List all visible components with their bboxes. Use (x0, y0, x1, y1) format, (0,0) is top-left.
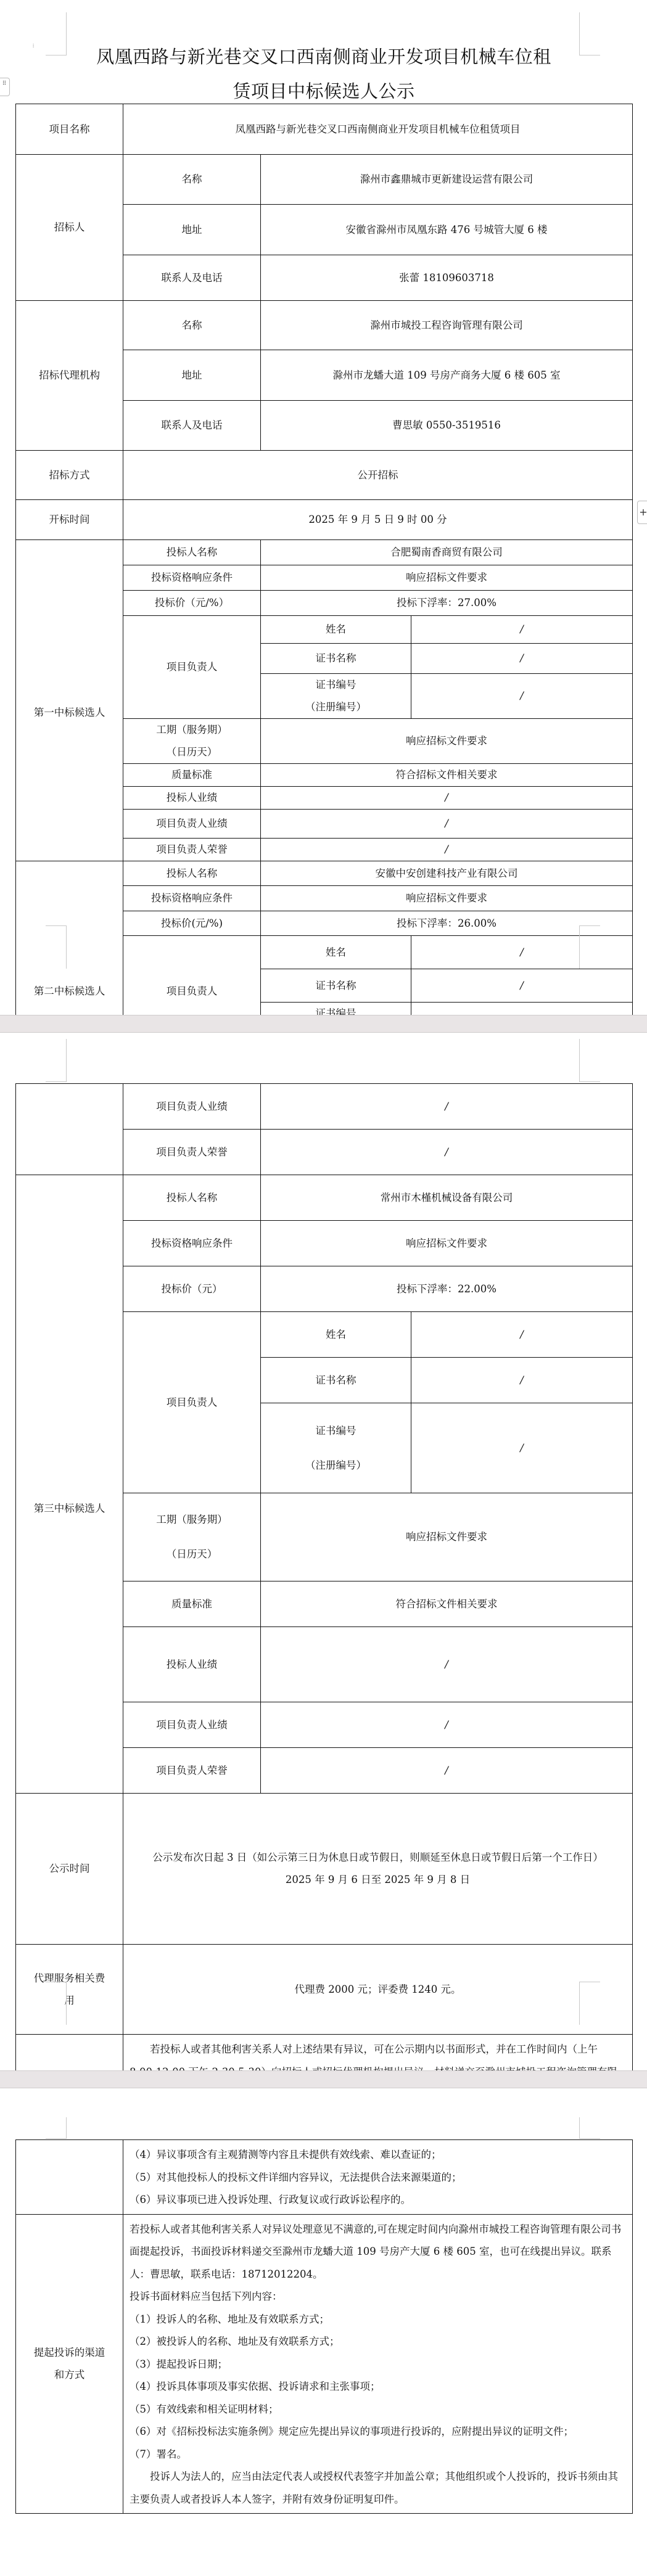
table-row: 公示时间 公示发布次日起 3 日（如公示第三日为休息日或节假日，则顺延至休息日或… (16, 1794, 633, 1945)
fee-value: 代理费 2000 元；评委费 1240 元。 (123, 1945, 633, 2035)
complaint-material-item: （4）投诉具体事项及事实依据、投诉请求和主张事项； (130, 2376, 626, 2398)
add-row-plus-icon[interactable]: + (637, 501, 647, 524)
publicity-rule: 公示发布次日起 3 日（如公示第三日为休息日或节假日，则顺延至休息日或节假日后第… (131, 1847, 625, 1869)
label-leader-perf: 项目负责人业绩 (123, 1084, 261, 1130)
complaint-label-line-1: 提起投诉的渠道 (19, 2342, 120, 2364)
candidate-1-cert-name: / (411, 644, 633, 674)
label-leader-perf: 项目负责人业绩 (123, 1702, 261, 1748)
label-agency: 招标代理机构 (16, 301, 123, 451)
label-cert-no: 证书编号 （注册编号） (261, 1403, 411, 1493)
candidate-3-label: 第三中标候选人 (16, 1175, 123, 1794)
page-title: 凤凰西路与新光巷交叉口西南侧商业开发项目机械车位租 赁项目中标候选人公示 (37, 43, 611, 105)
fee-label-line-2: 用 (19, 1990, 120, 2012)
label-contact: 联系人及电话 (123, 401, 261, 451)
fee-label-line-1: 代理服务相关费 (19, 1967, 120, 1990)
candidate-2-cert-name: / (411, 969, 633, 1003)
candidates-table-part-1: 项目名称 凤凰西路与新光巷交叉口西南侧商业开发项目机械车位租赁项目 招标人 名称… (15, 104, 633, 1141)
agency-name: 滁州市城投工程咨询管理有限公司 (261, 301, 633, 350)
complaint-intro: 若投标人或者其他利害关系人对异议处理意见不满意的,可在规定时间内向滁州市城投工程… (130, 2218, 626, 2286)
table-row: 提起投诉的渠道 和方式 若投标人或者其他利害关系人对异议处理意见不满意的,可在规… (16, 2214, 633, 2514)
complaint-material-item: （1）投诉人的名称、地址及有效联系方式； (130, 2308, 626, 2331)
candidate-3-period: 响应招标文件要求 (261, 1493, 633, 1581)
label-bidder-name: 投标人名称 (123, 540, 261, 565)
cert-no-line-1: 证书编号 (263, 1423, 408, 1439)
margin-mark (579, 1039, 600, 1082)
label-bidder-name: 投标人名称 (123, 1175, 261, 1221)
publicity-time-value: 公示发布次日起 3 日（如公示第三日为休息日或节假日，则顺延至休息日或节假日后第… (123, 1794, 633, 1945)
label-bidder-name: 投标人名称 (123, 861, 261, 886)
label-address: 地址 (123, 350, 261, 401)
label-period: 工期（服务期） （日历天） (123, 1493, 261, 1581)
margin-mark (579, 2117, 600, 2139)
label-bid-price: 投标价（元/%） (123, 591, 261, 616)
label-tenderer: 招标人 (16, 155, 123, 301)
complaint-closing: 投诉人为法人的，应当由法定代表人或授权代表签字并加盖公章；其他组织或个人投诉的，… (130, 2466, 626, 2511)
label-project-name: 项目名称 (16, 104, 123, 155)
page-separator (0, 1015, 647, 1033)
label-bidder-perf: 投标人业绩 (123, 1627, 261, 1702)
label-cert-name: 证书名称 (261, 1358, 411, 1403)
cert-no-line-2: （注册编号） (263, 1458, 408, 1474)
table-row: 招标代理机构 名称 滁州市城投工程咨询管理有限公司 (16, 301, 633, 350)
candidate-2-label-continued (16, 1084, 123, 1175)
label-leader-honor: 项目负责人荣誉 (123, 1130, 261, 1175)
objection-reject-item: （6）异议事项已进入投诉处理、行政复议或行政诉讼程序的。 (130, 2189, 626, 2212)
table-row: 招标人 名称 滁州市鑫鼎城市更新建设运营有限公司 (16, 155, 633, 205)
agency-contact: 曹思敏 0550-3519516 (261, 401, 633, 451)
label-tender-method: 招标方式 (16, 451, 123, 500)
label-publicity-time: 公示时间 (16, 1794, 123, 1945)
margin-mark (579, 1982, 600, 2025)
period-line-2: （日历天） (126, 1546, 258, 1562)
project-name-value: 凤凰西路与新光巷交叉口西南侧商业开发项目机械车位租赁项目 (123, 104, 633, 155)
candidate-2-leader-perf: / (261, 1084, 633, 1130)
table-row: 开标时间 2025 年 9 月 5 日 9 时 00 分 (16, 500, 633, 540)
label-bid-price: 投标价（元） (123, 1266, 261, 1312)
period-line-2: （日历天） (126, 744, 258, 760)
label-qualification: 投标资格响应条件 (123, 886, 261, 911)
label-name: 名称 (123, 301, 261, 350)
label-period: 工期（服务期） （日历天） (123, 719, 261, 764)
complaint-text: 若投标人或者其他利害关系人对异议处理意见不满意的,可在规定时间内向滁州市城投工程… (123, 2214, 633, 2514)
period-line-1: 工期（服务期） (126, 1512, 258, 1528)
candidate-1-label: 第一中标候选人 (16, 540, 123, 861)
label-cert-name: 证书名称 (261, 644, 411, 674)
candidate-3-quality: 符合招标文件相关要求 (261, 1581, 633, 1627)
margin-mark (46, 2117, 67, 2139)
candidate-1-leader-name: / (411, 616, 633, 644)
cert-no-line-1: 证书编号 (263, 677, 408, 693)
table-grip-icon[interactable]: ⠿ (0, 78, 10, 96)
label-qualification: 投标资格响应条件 (123, 565, 261, 591)
complaint-material-item: （3）提起投诉日期； (130, 2353, 626, 2376)
title-line-1: 凤凰西路与新光巷交叉口西南侧商业开发项目机械车位租 (37, 43, 611, 71)
page-2: 项目负责人业绩 / 项目负责人荣誉 / 第三中标候选人 投标人名称 常州市木槿机… (0, 1033, 647, 2070)
candidate-1-qualification: 响应招标文件要求 (261, 565, 633, 591)
candidate-1-period: 响应招标文件要求 (261, 719, 633, 764)
tenderer-contact: 张蕾 18109603718 (261, 255, 633, 301)
label-quality: 质量标准 (123, 1581, 261, 1627)
complaint-material-item: （5）有效线索和相关证明材料； (130, 2398, 626, 2421)
label-person-name: 姓名 (261, 1312, 411, 1358)
candidate-3-bidder-perf: / (261, 1627, 633, 1702)
label-bid-price: 投标价(元/%) (123, 911, 261, 936)
complaint-label-line-2: 和方式 (19, 2364, 120, 2386)
objection-text-continued: （4）异议事项含有主观猜测等内容且未提供有效线索、难以查证的； （5）对其他投标… (123, 2140, 633, 2215)
label-cert-no: 证书编号 （注册编号） (261, 674, 411, 719)
candidate-2-bid-price: 投标下浮率：26.00% (261, 911, 633, 936)
candidate-3-leader-honor: / (261, 1748, 633, 1794)
tenderer-name: 滁州市鑫鼎城市更新建设运营有限公司 (261, 155, 633, 205)
complaint-materials-intro: 投诉书面材料应当包括下列内容： (130, 2286, 626, 2308)
candidate-1-leader-honor: / (261, 839, 633, 861)
objection-complaint-table: （4）异议事项含有主观猜测等内容且未提供有效线索、难以查证的； （5）对其他投标… (15, 2139, 633, 2514)
objection-reject-item: （4）异议事项含有主观猜测等内容且未提供有效线索、难以查证的； (130, 2144, 626, 2167)
table-row: 代理服务相关费 用 代理费 2000 元；评委费 1240 元。 (16, 1945, 633, 2035)
title-line-2: 赁项目中标候选人公示 (37, 77, 611, 105)
candidate-1-cert-no: / (411, 674, 633, 719)
label-address: 地址 (123, 205, 261, 255)
margin-mark (46, 925, 67, 969)
tenderer-address: 安徽省滁州市凤凰东路 476 号城管大厦 6 楼 (261, 205, 633, 255)
cert-no-line-2: （注册编号） (263, 699, 408, 715)
candidate-1-quality: 符合招标文件相关要求 (261, 764, 633, 787)
candidate-3-qualification: 响应招标文件要求 (261, 1221, 633, 1266)
label-leader-perf: 项目负责人业绩 (123, 810, 261, 839)
candidate-2-bidder-name: 安徽中安创建科技产业有限公司 (261, 861, 633, 886)
candidate-1-bidder-perf: / (261, 787, 633, 810)
candidate-2-leader-honor: / (261, 1130, 633, 1175)
label-project-leader: 项目负责人 (123, 1312, 261, 1493)
candidate-1-bidder-name: 合肥蜀南香商贸有限公司 (261, 540, 633, 565)
candidate-1-leader-perf: / (261, 810, 633, 839)
open-time-value: 2025 年 9 月 5 日 9 时 00 分 (123, 500, 633, 540)
label-open-time: 开标时间 (16, 500, 123, 540)
candidate-1-bid-price: 投标下浮率：27.00% (261, 591, 633, 616)
candidate-3-bid-price: 投标下浮率：22.00% (261, 1266, 633, 1312)
table-row: 招标方式 公开招标 (16, 451, 633, 500)
label-leader-honor: 项目负责人荣誉 (123, 839, 261, 861)
candidate-3-bidder-name: 常州市木槿机械设备有限公司 (261, 1175, 633, 1221)
tender-method-value: 公开招标 (123, 451, 633, 500)
label-person-name: 姓名 (261, 616, 411, 644)
margin-mark (579, 925, 600, 969)
table-row: 项目负责人业绩 / (16, 1084, 633, 1130)
label-complaint-channel: 提起投诉的渠道 和方式 (16, 2214, 123, 2514)
period-line-1: 工期（服务期） (126, 722, 258, 738)
label-fee: 代理服务相关费 用 (16, 1945, 123, 2035)
label-quality: 质量标准 (123, 764, 261, 787)
candidate-3-cert-no: / (411, 1403, 633, 1493)
objection-reject-item: （5）对其他投标人的投标文件详细内容异议，无法提供合法来源渠道的； (130, 2167, 626, 2189)
table-row: 第二中标候选人 投标人名称 安徽中安创建科技产业有限公司 (16, 861, 633, 886)
label-leader-honor: 项目负责人荣誉 (123, 1748, 261, 1794)
label-bidder-perf: 投标人业绩 (123, 787, 261, 810)
label-qualification: 投标资格响应条件 (123, 1221, 261, 1266)
complaint-material-item: （7）署名。 (130, 2443, 626, 2466)
candidate-3-leader-perf: / (261, 1702, 633, 1748)
candidate-3-leader-name: / (411, 1312, 633, 1358)
complaint-material-item: （2）被投诉人的名称、地址及有效联系方式； (130, 2331, 626, 2353)
table-row: （4）异议事项含有主观猜测等内容且未提供有效线索、难以查证的； （5）对其他投标… (16, 2140, 633, 2215)
label-person-name: 姓名 (261, 936, 411, 969)
label-contact: 联系人及电话 (123, 255, 261, 301)
table-row: 项目名称 凤凰西路与新光巷交叉口西南侧商业开发项目机械车位租赁项目 (16, 104, 633, 155)
table-row: 第一中标候选人 投标人名称 合肥蜀南香商贸有限公司 (16, 540, 633, 565)
complaint-material-item: （6）对《招标投标法实施条例》规定应先提出异议的事项进行投诉的，应附提出异议的证… (130, 2421, 626, 2443)
page-1: ⁞ ⠿ 凤凰西路与新光巷交叉口西南侧商业开发项目机械车位租 赁项目中标候选人公示… (0, 0, 647, 1015)
candidate-3-cert-name: / (411, 1358, 633, 1403)
publicity-dates: 2025 年 9 月 6 日至 2025 年 9 月 8 日 (131, 1869, 625, 1891)
agency-address: 滁州市龙蟠大道 109 号房产商务大厦 6 楼 605 室 (261, 350, 633, 401)
table-row: 第三中标候选人 投标人名称 常州市木槿机械设备有限公司 (16, 1175, 633, 1221)
margin-mark (46, 1039, 67, 1082)
page-3: （4）异议事项含有主观猜测等内容且未提供有效线索、难以查证的； （5）对其他投标… (0, 2088, 647, 2576)
label-name: 名称 (123, 155, 261, 205)
page-separator (0, 2070, 647, 2088)
objection-label-continued (16, 2140, 123, 2215)
label-project-leader: 项目负责人 (123, 616, 261, 719)
margin-mark (46, 1982, 67, 2025)
label-cert-name: 证书名称 (261, 969, 411, 1003)
candidate-2-qualification: 响应招标文件要求 (261, 886, 633, 911)
